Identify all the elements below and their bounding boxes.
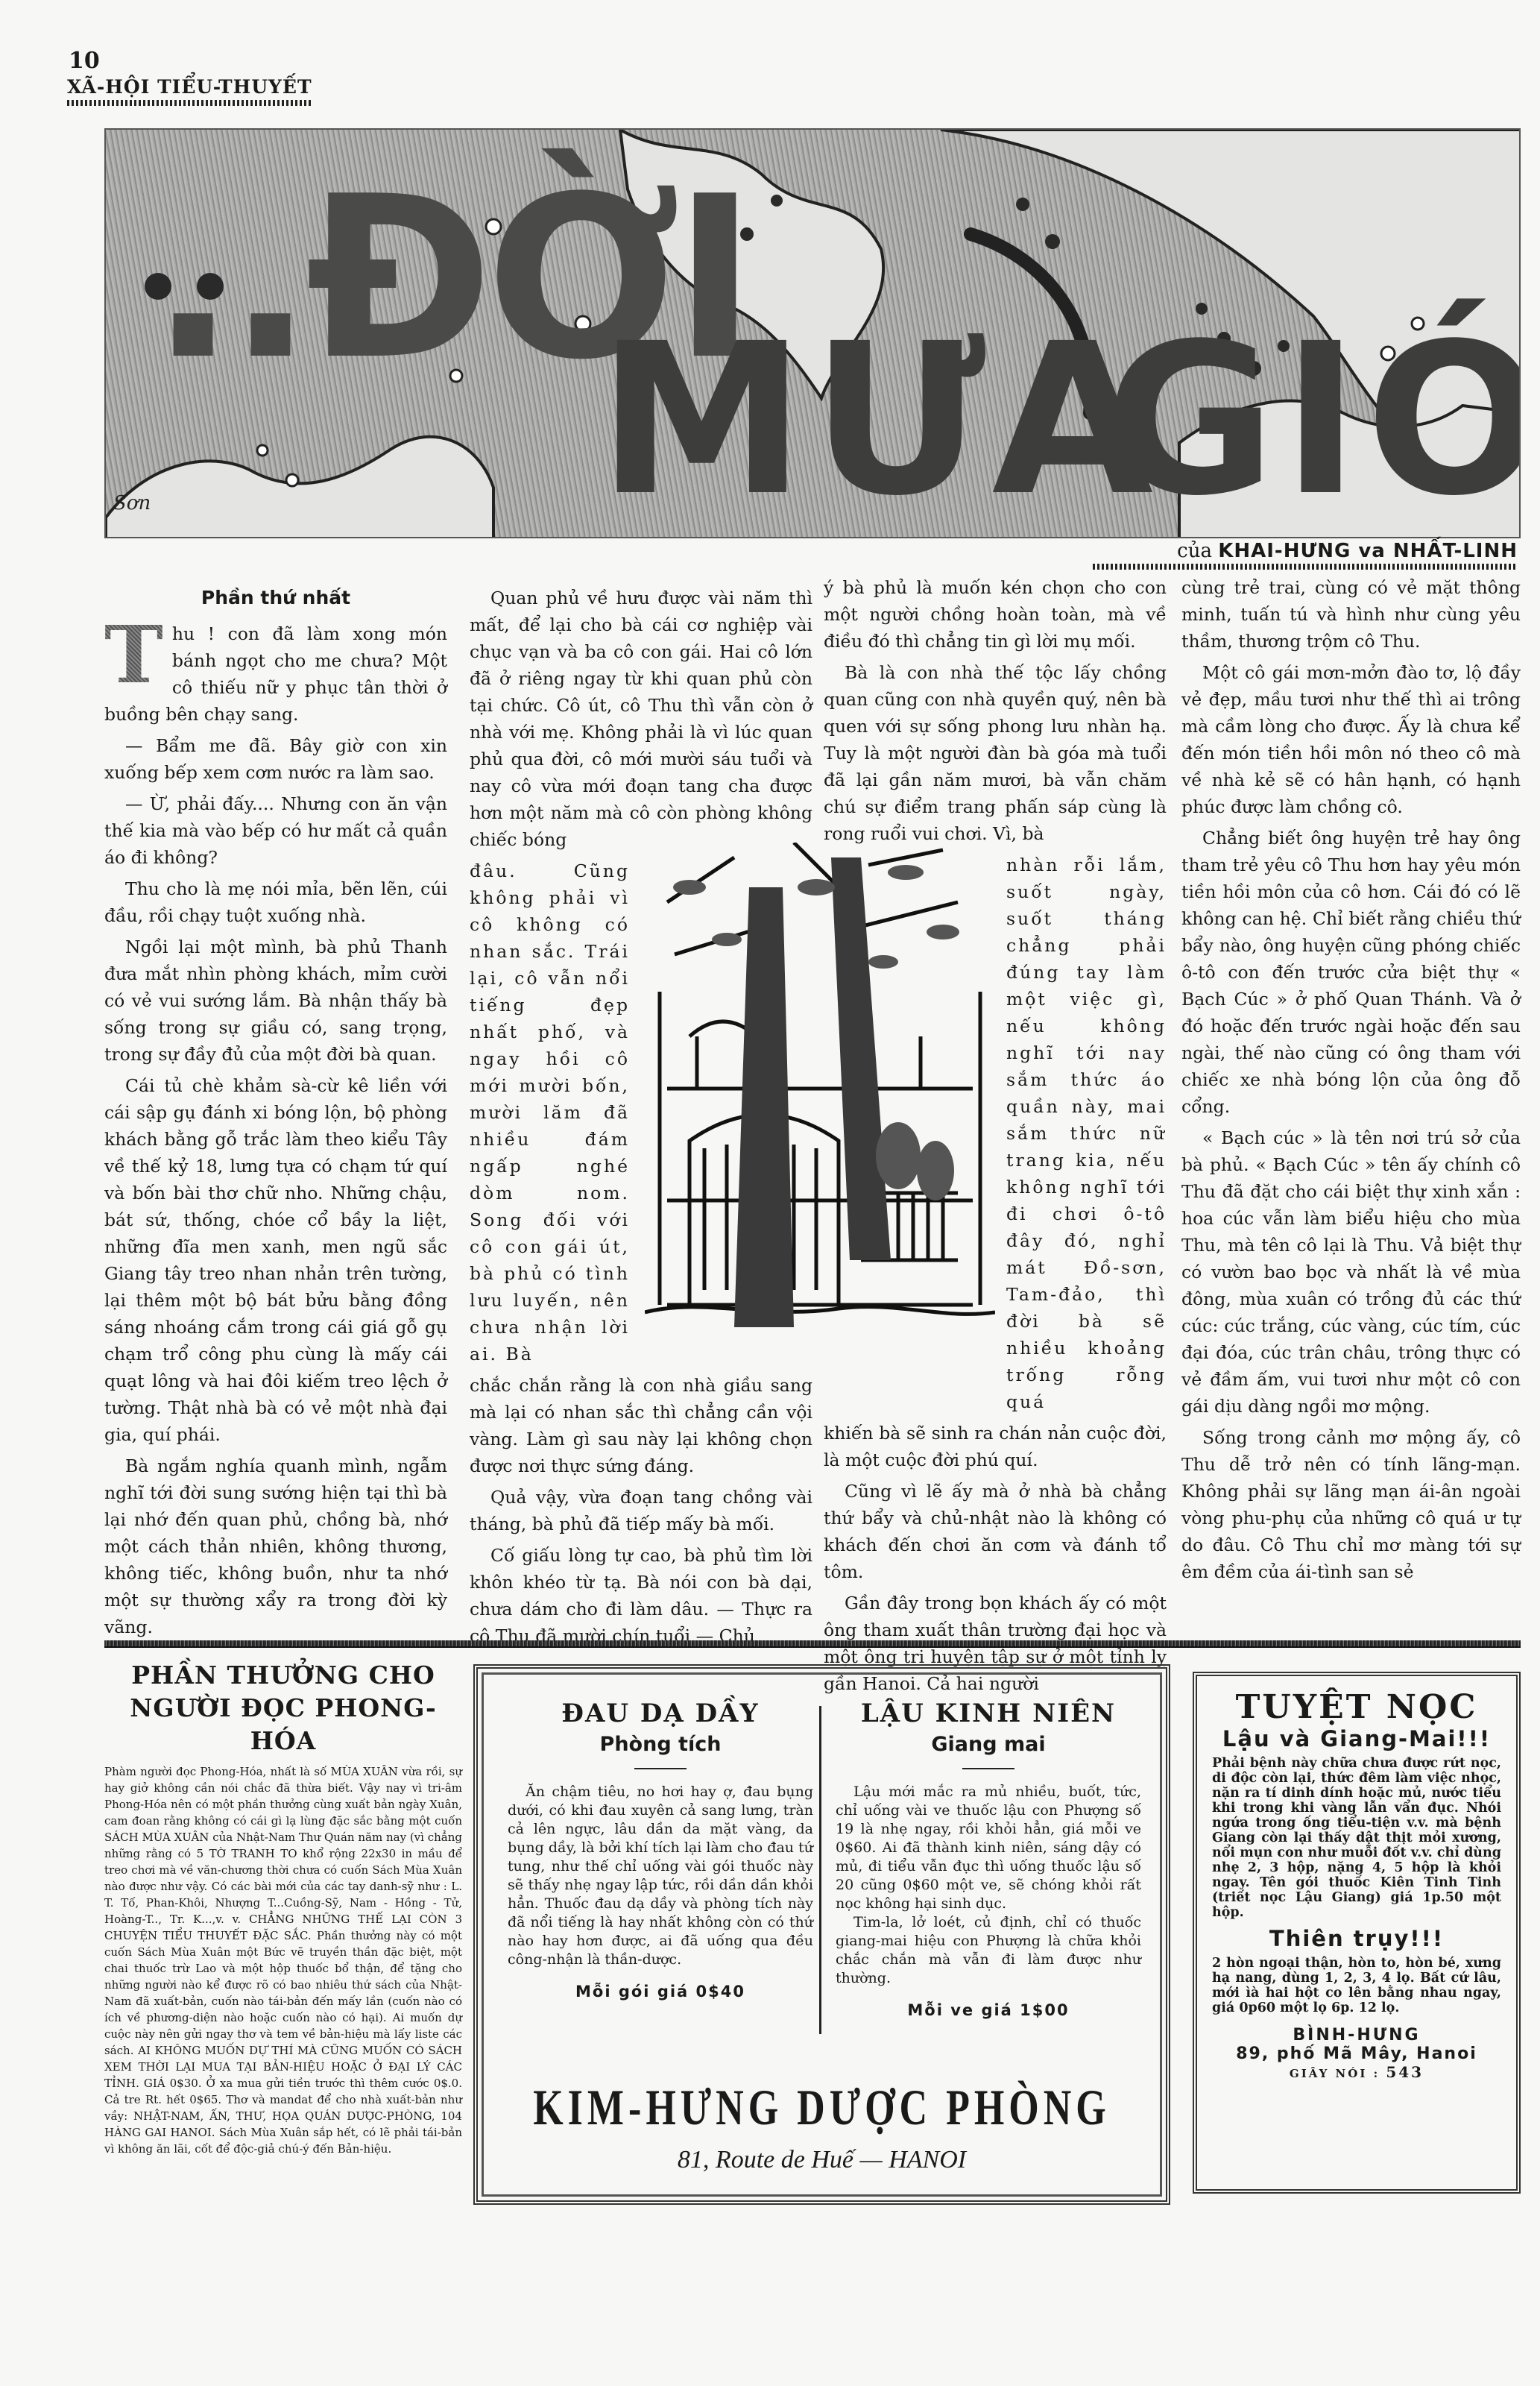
story-paragraph: Bà ngắm nghía quanh mình, ngẫm nghĩ tới … [104, 1452, 447, 1640]
story-paragraph: Quả vậy, vừa đoạn tang chồng vài tháng, … [470, 1484, 812, 1537]
story-column-1: Phần thứ nhất Thu ! con đã làm xong món … [104, 574, 447, 1645]
story-paragraph: khiến bà sẽ sinh ra chán nản cuộc đời, l… [824, 1420, 1167, 1473]
banner-title-word-mua: MƯA [598, 316, 1159, 525]
story-paragraph: Một cô gái mơn-mởn đào tơ, lộ đầy vẻ đẹp… [1181, 659, 1521, 820]
byline: của KHAI-HƯNG va NHẤT-LINH [1093, 540, 1518, 570]
title-banner-illustration: ..ĐỜI MƯA GIÓ Sơn [104, 128, 1521, 538]
story-paragraph: Ngồi lại một mình, bà phủ Thanh đưa mắt … [104, 934, 447, 1068]
ad-phong-hoa-prize: PHẦN THƯỞNG CHO NGƯỜI ĐỌC PHONG-HÓA Phàm… [104, 1659, 462, 2157]
byline-authors: KHAI-HƯNG va NHẤT-LINH [1218, 540, 1518, 562]
ad-subtitle: Giang mai [836, 1733, 1141, 1756]
story-paragraph: Sống trong cảnh mơ mộng ấy, cô Thu dễ tr… [1181, 1424, 1521, 1585]
ad-shop-name: BÌNH-HƯNG [1212, 2026, 1501, 2045]
ad-address: 89, phố Mã Mây, Hanoi [1212, 2045, 1501, 2063]
story-paragraph: Quan phủ về hưu được vài năm thì mất, để… [470, 585, 812, 853]
story-paragraph: — Bẩm me đã. Bây giờ con xin xuống bếp x… [104, 732, 447, 786]
ad-price: Mỗi gói giá 0$40 [508, 1983, 813, 2001]
ad-address: 81, Route de Huế — HANOI [478, 2146, 1166, 2174]
ad-body: Ăn chậm tiêu, no hơi hay ợ, đau bụng dướ… [508, 1783, 813, 1969]
section-label: XÃ-HỘI TIỂU-THUYẾT [67, 76, 312, 106]
ad-title: TUYỆT NỌC [1212, 1688, 1501, 1726]
ad-subtitle-2: Thiên trụy!!! [1212, 1926, 1501, 1951]
ad-title: ĐAU DẠ DẦY [508, 1699, 813, 1728]
byline-prefix: của [1177, 540, 1212, 562]
ad-body: Tim-la, lở loét, củ định, chỉ có thuốc g… [836, 1913, 1141, 1988]
ad-body-2: 2 hòn ngoại thận, hòn to, hòn bé, xưng h… [1212, 1956, 1501, 2015]
ad-rule [634, 1768, 687, 1769]
banner-title-word-gio: GIÓ [1105, 316, 1521, 525]
ad-subtitle: Lậu và Giang-Mai!!! [1212, 1726, 1501, 1751]
ad-rule [962, 1768, 1014, 1769]
ad-body: Phải bệnh này chữa chưa được rứt nọc, di… [1212, 1756, 1501, 1920]
section-title: XÃ-HỘI TIỂU-THUYẾT [67, 76, 312, 98]
story-paragraph: « Bạch cúc » là tên nơi trú sở của bà ph… [1181, 1124, 1521, 1420]
story-paragraph-wrapped: đâu. Cũng không phải vì cô không có nhan… [470, 857, 630, 1367]
story-paragraph: cùng trẻ trai, cùng có vẻ mặt thông minh… [1181, 574, 1521, 655]
byline-rule [1093, 564, 1518, 570]
phone-label: GIÂY NÓI : [1290, 2067, 1380, 2080]
story-paragraph-wrapped: nhàn rỗi lắm, suốt ngày, suốt tháng chẳn… [1006, 852, 1167, 1415]
ad-title: LẬU KINH NIÊN [836, 1699, 1141, 1728]
ad-phone: GIÂY NÓI : 543 [1212, 2063, 1501, 2081]
house-and-trees-icon [645, 843, 995, 1327]
ad-title: PHẦN THƯỞNG CHO NGƯỜI ĐỌC PHONG-HÓA [104, 1659, 462, 1757]
drop-cap: T [104, 625, 163, 684]
ad-binh-hung: TUYỆT NỌC Lậu và Giang-Mai!!! Phải bệnh … [1193, 1672, 1521, 2194]
story-paragraph: — Ừ, phải đấy.... Nhưng con ăn vận thế k… [104, 790, 447, 871]
section-divider [104, 1640, 1521, 1648]
story-column-4: cùng trẻ trai, cùng có vẻ mặt thông minh… [1181, 574, 1521, 1590]
ad-price: Mỗi ve giá 1$00 [836, 2001, 1141, 2019]
section-rule [67, 100, 312, 106]
story-paragraph: Thu ! con đã làm xong món bánh ngọt cho … [104, 620, 447, 728]
ad-brand: KIM-HƯNG DƯỢC PHÒNG [478, 2080, 1166, 2137]
phone-number: 543 [1386, 2063, 1424, 2081]
artist-signature: Sơn [113, 492, 151, 514]
story-paragraph: Thu cho là mẹ nói mỉa, bẽn lẽn, cúi đầu,… [104, 875, 447, 929]
story-paragraph: Cũng vì lẽ ấy mà ở nhà bà chẳng thứ bẩy … [824, 1478, 1167, 1585]
ad-body: Phàm người đọc Phong-Hóa, nhất là số MÙA… [104, 1763, 462, 2157]
story-paragraph: Chẳng biết ông huyện trẻ hay ông tham tr… [1181, 825, 1521, 1120]
story-paragraph: Bà là con nhà thế tộc lấy chồng quan cũn… [824, 659, 1167, 847]
page-number: 10 [69, 48, 100, 74]
ad-kim-hung-pharmacy: ĐAU DẠ DẦY Phòng tích Ăn chậm tiêu, no h… [473, 1664, 1170, 2205]
ad-body: Lậu mới mắc ra mủ nhiều, buốt, tức, chỉ … [836, 1783, 1141, 1913]
ad-chronic-medicine: LẬU KINH NIÊN Giang mai Lậu mới mắc ra m… [836, 1699, 1141, 2019]
villa-trees-illustration [645, 843, 995, 1327]
story-paragraph: ý bà phủ là muốn kén chọn cho con một ng… [824, 574, 1167, 655]
ad-column-divider [819, 1706, 821, 2034]
ad-stomach-medicine: ĐAU DẠ DẦY Phòng tích Ăn chậm tiêu, no h… [508, 1699, 813, 2001]
story-paragraph: Cố giấu lòng tự cao, bà phủ tìm lời khôn… [470, 1542, 812, 1649]
story-paragraph: chắc chắn rằng là con nhà giầu sang mà l… [470, 1372, 812, 1479]
ad-subtitle: Phòng tích [508, 1733, 813, 1756]
story-paragraph: Cái tủ chè khảm sà-cừ kê liền với cái sậ… [104, 1072, 447, 1448]
